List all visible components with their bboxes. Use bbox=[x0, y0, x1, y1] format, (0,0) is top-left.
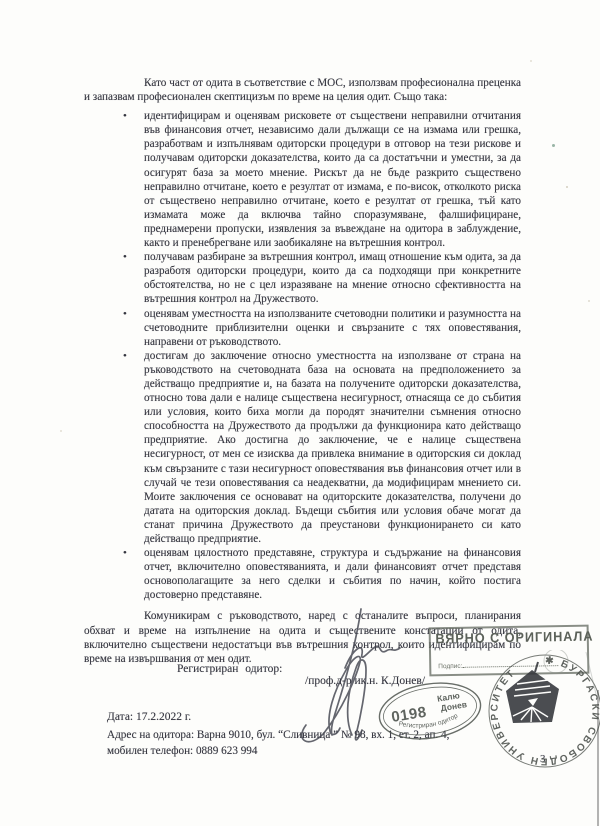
date-line: Дата: 17.2.2022 г. bbox=[107, 711, 191, 723]
university-round-stamp: ✱ БУРГАСКИ СВОБОДЕН УНИВЕРСИТЕТ bbox=[486, 650, 600, 774]
scan-speck bbox=[588, 300, 590, 302]
bullet-list: идентифицирам и оценявам рисковете от съ… bbox=[84, 109, 521, 602]
scan-speck bbox=[566, 186, 568, 188]
bullet-item: достигам до заключение относно уместност… bbox=[84, 349, 521, 546]
certified-stamp-title: ВЯРНО С ОРИГИНАЛА bbox=[435, 629, 582, 647]
bullet-item: получавам разбиране за вътрешния контрол… bbox=[84, 250, 521, 306]
address-line-2: мобилен телефон: 0889 623 994 bbox=[107, 745, 258, 757]
bullet-item: оценявам цялостното представяне, структу… bbox=[84, 546, 521, 602]
bullet-item: идентифицирам и оценявам рисковете от съ… bbox=[84, 109, 521, 250]
document-body: Като част от одита в съответствие с МОС,… bbox=[84, 76, 521, 666]
scan-speck bbox=[530, 60, 532, 62]
registered-auditor-label: Регистриран одитор: bbox=[177, 663, 282, 675]
scanned-audit-report-page: Като част от одита в съответствие с МОС,… bbox=[0, 0, 600, 826]
bullet-item: оценявам уместността на използваните сче… bbox=[84, 307, 521, 349]
scan-speck bbox=[552, 144, 555, 147]
certified-stamp-sign-label: Подпис: bbox=[438, 663, 462, 670]
scan-speck bbox=[60, 430, 62, 432]
intro-paragraph: Като част от одита в съответствие с МОС,… bbox=[84, 76, 521, 104]
